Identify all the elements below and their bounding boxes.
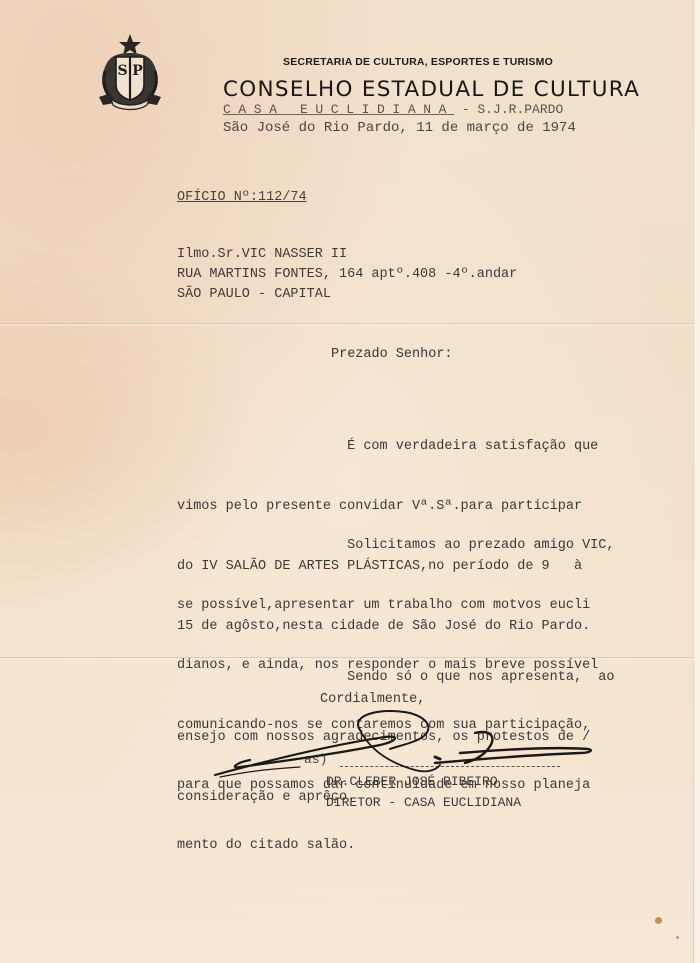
signer-name: DR.CLEBER JOSÉ RIBEIRO — [326, 771, 521, 792]
fold-line-upper — [0, 323, 694, 326]
casa-euclidiana-line: CASA EUCLIDIANA - S.J.R.PARDO — [223, 102, 563, 117]
coat-of-arms-icon: S P — [95, 33, 165, 111]
paper-speck — [676, 936, 679, 939]
secretaria-heading: SECRETARIA DE CULTURA, ESPORTES E TURISM… — [283, 56, 553, 68]
paragraph-line: Solicitamos ao prezado amigo VIC, — [177, 536, 614, 556]
recipient-address: Ilmo.Sr.VIC NASSER II RUA MARTINS FONTES… — [177, 245, 517, 305]
recipient-city: SÃO PAULO - CAPITAL — [177, 285, 517, 305]
rust-stain — [655, 917, 662, 924]
recipient-street: RUA MARTINS FONTES, 164 aptº.408 -4º.and… — [177, 265, 517, 285]
paragraph-line: É com verdadeira satisfação que — [177, 437, 598, 457]
conselho-heading: CONSELHO ESTADUAL DE CULTURA — [223, 77, 640, 102]
paper-edge — [693, 0, 700, 963]
letter-page: S P SECRETARIA DE CULTURA, ESPORTES E TU… — [0, 0, 700, 963]
svg-text:S: S — [117, 63, 127, 79]
casa-euclidiana-name: CASA EUCLIDIANA — [223, 102, 454, 117]
signer-block: DR.CLEBER JOSÉ RIBEIRO DIRETOR - CASA EU… — [326, 771, 521, 813]
paragraph-line: se possível,apresentar um trabalho com m… — [177, 596, 614, 616]
salutation: Prezado Senhor: — [331, 347, 453, 362]
casa-location: - S.J.R.PARDO — [454, 102, 563, 117]
oficio-number: OFÍCIO Nº:112/74 — [177, 190, 307, 205]
signer-title: DIRETOR - CASA EUCLIDIANA — [326, 792, 521, 813]
paragraph-line: Sendo só o que nos apresenta, ao — [177, 668, 614, 688]
recipient-name: Ilmo.Sr.VIC NASSER II — [177, 245, 517, 265]
dateline: São José do Rio Pardo, 11 de março de 19… — [223, 120, 576, 136]
svg-text:P: P — [132, 63, 143, 79]
